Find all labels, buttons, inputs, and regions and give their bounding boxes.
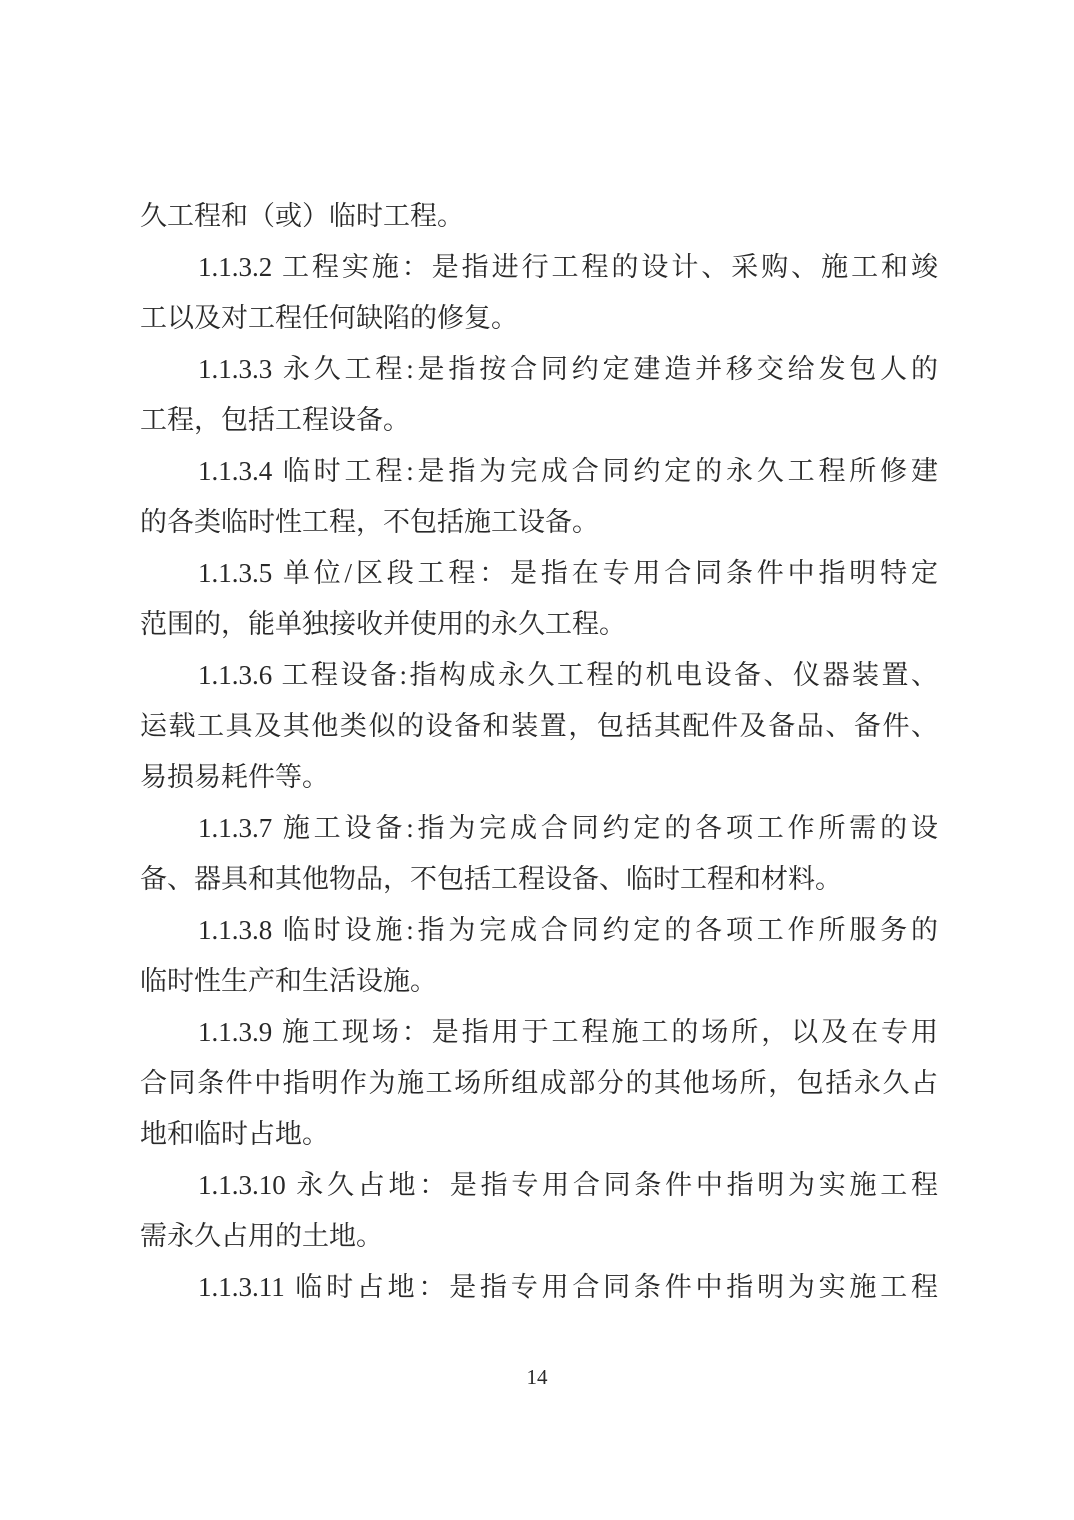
text-line: 1.1.3.9 施工现场：是指用于工程施工的场所，以及在专用 — [140, 1007, 938, 1058]
text-line: 1.1.3.10 永久占地：是指专用合同条件中指明为实施工程 — [140, 1160, 938, 1211]
text-line: 范围的，能单独接收并使用的永久工程。 — [140, 599, 938, 650]
text-line: 1.1.3.5 单位/区段工程：是指在专用合同条件中指明特定 — [140, 548, 938, 599]
text-line: 1.1.3.2 工程实施：是指进行工程的设计、采购、施工和竣 — [140, 242, 938, 293]
text-line: 1.1.3.7 施工设备:指为完成合同约定的各项工作所需的设 — [140, 803, 938, 854]
text-line: 备、器具和其他物品，不包括工程设备、临时工程和材料。 — [140, 854, 938, 905]
text-line: 1.1.3.4 临时工程:是指为完成合同约定的永久工程所修建 — [140, 446, 938, 497]
page-footer: 14 — [0, 1365, 1074, 1390]
text-line: 工程，包括工程设备。 — [140, 395, 938, 446]
page-number: 14 — [527, 1365, 548, 1389]
text-line: 1.1.3.8 临时设施:指为完成合同约定的各项工作所服务的 — [140, 905, 938, 956]
text-line: 地和临时占地。 — [140, 1109, 938, 1160]
text-line: 久工程和（或）临时工程。 — [140, 191, 938, 242]
text-line: 临时性生产和生活设施。 — [140, 956, 938, 1007]
text-line: 需永久占用的土地。 — [140, 1211, 938, 1262]
document-content: 久工程和（或）临时工程。1.1.3.2 工程实施：是指进行工程的设计、采购、施工… — [140, 191, 938, 1313]
text-line: 的各类临时性工程，不包括施工设备。 — [140, 497, 938, 548]
text-line: 合同条件中指明作为施工场所组成部分的其他场所，包括永久占 — [140, 1058, 938, 1109]
text-line: 工以及对工程任何缺陷的修复。 — [140, 293, 938, 344]
document-page: 久工程和（或）临时工程。1.1.3.2 工程实施：是指进行工程的设计、采购、施工… — [0, 0, 1074, 1520]
text-line: 运载工具及其他类似的设备和装置，包括其配件及备品、备件、 — [140, 701, 938, 752]
text-line: 1.1.3.3 永久工程:是指按合同约定建造并移交给发包人的 — [140, 344, 938, 395]
text-line: 1.1.3.11 临时占地：是指专用合同条件中指明为实施工程 — [140, 1262, 938, 1313]
text-line: 1.1.3.6 工程设备:指构成永久工程的机电设备、仪器装置、 — [140, 650, 938, 701]
text-line: 易损易耗件等。 — [140, 752, 938, 803]
